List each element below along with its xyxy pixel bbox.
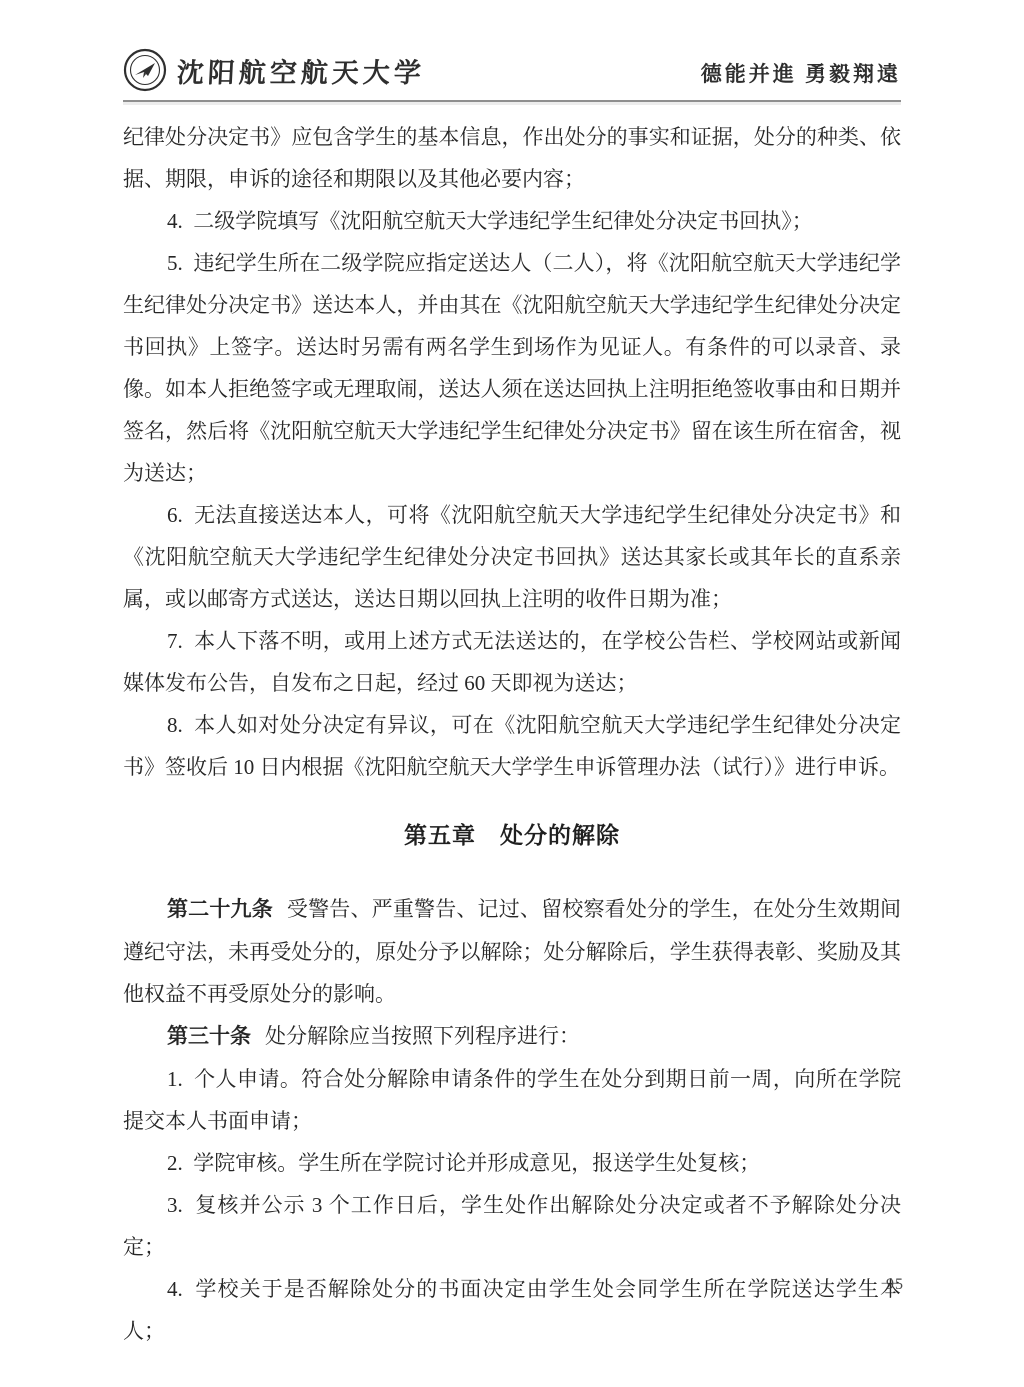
university-motto: 德能并進 勇毅翔遠 xyxy=(701,58,901,92)
list-item-8: 8. 本人如对处分决定有异议，可在《沈阳航空航天大学违纪学生纪律处分决定书》签收… xyxy=(123,704,901,788)
page-header: 沈阳航空航天大学 德能并進 勇毅翔遠 xyxy=(123,48,901,102)
article-29: 第二十九条受警告、严重警告、记过、留校察看处分的学生，在处分生效期间遵纪守法，未… xyxy=(123,888,901,1015)
list-item-5: 5. 违纪学生所在二级学院应指定送达人（二人），将《沈阳航空航天大学违纪学生纪律… xyxy=(123,242,901,494)
chapter-heading: 第五章 处分的解除 xyxy=(123,814,901,856)
procedure-item-2: 2. 学院审核。学生所在学院讨论并形成意见，报送学生处复核； xyxy=(123,1142,901,1184)
article-29-number: 第二十九条 xyxy=(167,898,273,921)
article-30-text: 处分解除应当按照下列程序进行： xyxy=(265,1024,580,1048)
university-name: 沈阳航空航天大学 xyxy=(176,51,426,90)
paragraph-continuation: 纪律处分决定书》应包含学生的基本信息，作出处分的事实和证据，处分的种类、依据、期… xyxy=(123,116,901,200)
document-body: 纪律处分决定书》应包含学生的基本信息，作出处分的事实和证据，处分的种类、依据、期… xyxy=(123,116,901,1352)
procedure-item-1: 1. 个人申请。符合处分解除申请条件的学生在处分到期日前一周，向所在学院提交本人… xyxy=(123,1058,901,1142)
university-emblem-airplane-icon xyxy=(123,48,167,92)
page-number: 95 xyxy=(886,1276,904,1294)
list-item-7: 7. 本人下落不明，或用上述方式无法送达的，在学校公告栏、学校网站或新闻媒体发布… xyxy=(123,620,901,704)
list-item-4: 4. 二级学院填写《沈阳航空航天大学违纪学生纪律处分决定书回执》； xyxy=(123,200,901,242)
header-left: 沈阳航空航天大学 xyxy=(123,48,425,92)
article-30-number: 第三十条 xyxy=(167,1025,251,1048)
document-page: 沈阳航空航天大学 德能并進 勇毅翔遠 纪律处分决定书》应包含学生的基本信息，作出… xyxy=(0,0,1024,1352)
article-30: 第三十条处分解除应当按照下列程序进行： xyxy=(123,1015,901,1058)
procedure-item-3: 3. 复核并公示 3 个工作日后，学生处作出解除处分决定或者不予解除处分决定； xyxy=(123,1184,901,1268)
list-item-6: 6. 无法直接送达本人，可将《沈阳航空航天大学违纪学生纪律处分决定书》和《沈阳航… xyxy=(123,494,901,620)
procedure-item-4: 4. 学校关于是否解除处分的书面决定由学生处会同学生所在学院送达学生本人； xyxy=(123,1268,901,1352)
